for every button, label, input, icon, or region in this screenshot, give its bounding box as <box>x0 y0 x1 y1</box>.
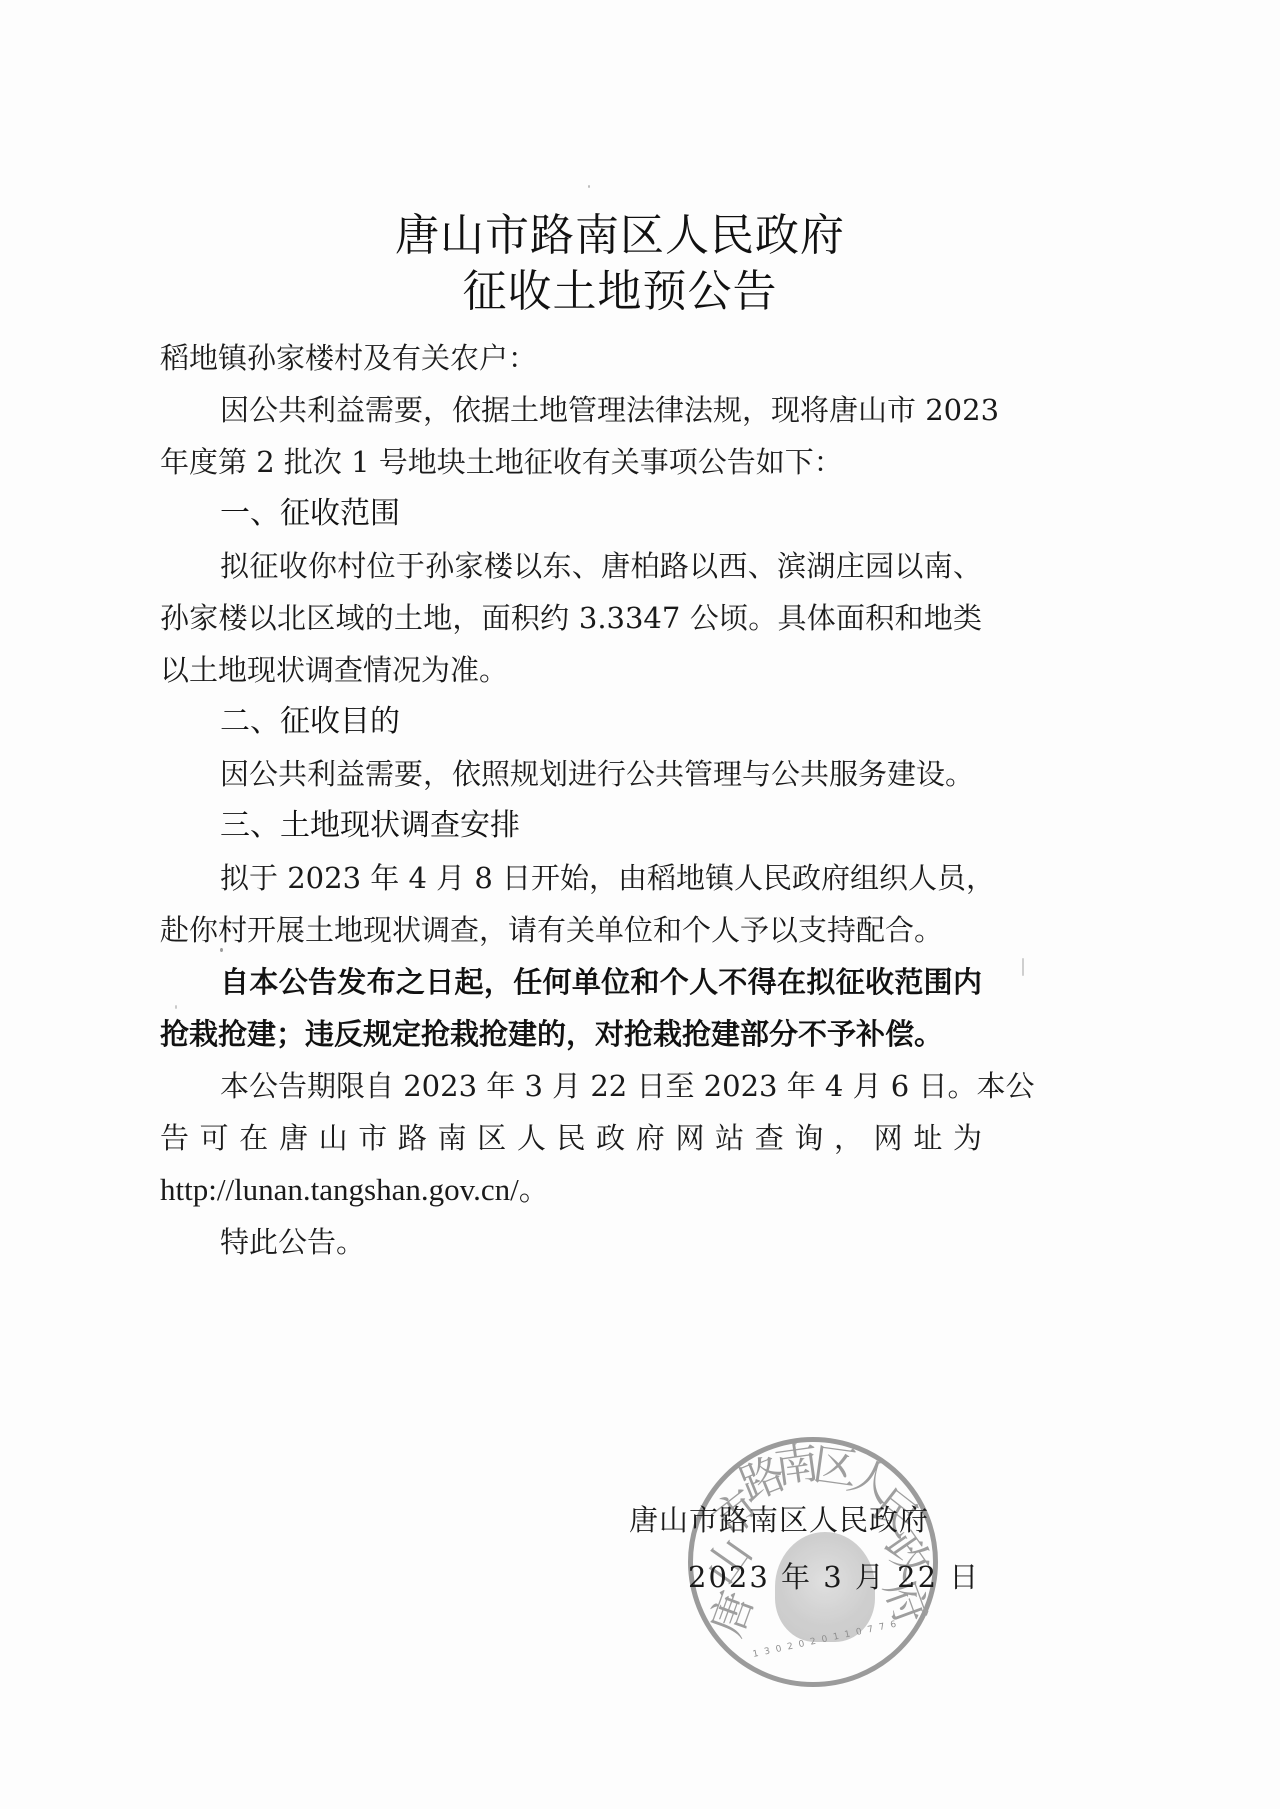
survey-line-2: 赴你村开展土地现状调查，请有关单位和个人予以支持配合。 <box>160 910 982 950</box>
warning-line-1: 自本公告发布之日起，任何单位和个人不得在拟征收范围内 <box>220 962 982 1002</box>
scope-line-1: 拟征收你村位于孙家楼以东、唐柏路以西、滨湖庄园以南、 <box>220 546 982 586</box>
intro-line-1: 因公共利益需要，依据土地管理法律法规，现将唐山市 2023 <box>220 390 982 430</box>
scan-speck <box>1022 958 1024 976</box>
document-title: 唐山市路南区人民政府 <box>0 206 1260 266</box>
signature-date: 2023 年 3 月 22 日 <box>688 1557 980 1597</box>
scan-speck <box>175 1005 177 1009</box>
purpose-line-1: 因公共利益需要，依照规划进行公共管理与公共服务建设。 <box>220 754 982 794</box>
scope-line-2: 孙家楼以北区域的土地，面积约 3.3347 公顷。具体面积和地类 <box>160 598 982 638</box>
website-link[interactable]: http://lunan.tangshan.gov.cn/。 <box>160 1170 982 1210</box>
period-line-2: 告可在唐山市路南区人民政府网站查询，网址为 <box>160 1118 982 1158</box>
scan-speck <box>220 948 223 952</box>
intro-line-2: 年度第 2 批次 1 号地块土地征收有关事项公告如下： <box>160 442 982 482</box>
scan-speck <box>588 185 590 188</box>
salutation: 稻地镇孙家楼村及有关农户： <box>160 338 982 378</box>
survey-line-1: 拟于 2023 年 4 月 8 日开始，由稻地镇人民政府组织人员， <box>220 858 982 898</box>
period-line-1: 本公告期限自 2023 年 3 月 22 日至 2023 年 4 月 6 日。本… <box>220 1066 982 1106</box>
signature-organization: 唐山市路南区人民政府 <box>629 1500 929 1540</box>
section-heading-purpose: 二、征收目的 <box>220 702 982 742</box>
document-subtitle: 征收土地预公告 <box>0 262 1260 322</box>
warning-line-2: 抢栽抢建；违反规定抢栽抢建的，对抢栽抢建部分不予补偿。 <box>160 1014 982 1054</box>
document-page: 唐山市路南区人民政府 征收土地预公告 稻地镇孙家楼村及有关农户： 因公共利益需要… <box>0 0 1280 1809</box>
closing: 特此公告。 <box>220 1222 982 1262</box>
section-heading-scope: 一、征收范围 <box>220 494 982 534</box>
section-heading-survey: 三、土地现状调查安排 <box>220 806 982 846</box>
scope-line-3: 以土地现状调查情况为准。 <box>160 650 982 690</box>
